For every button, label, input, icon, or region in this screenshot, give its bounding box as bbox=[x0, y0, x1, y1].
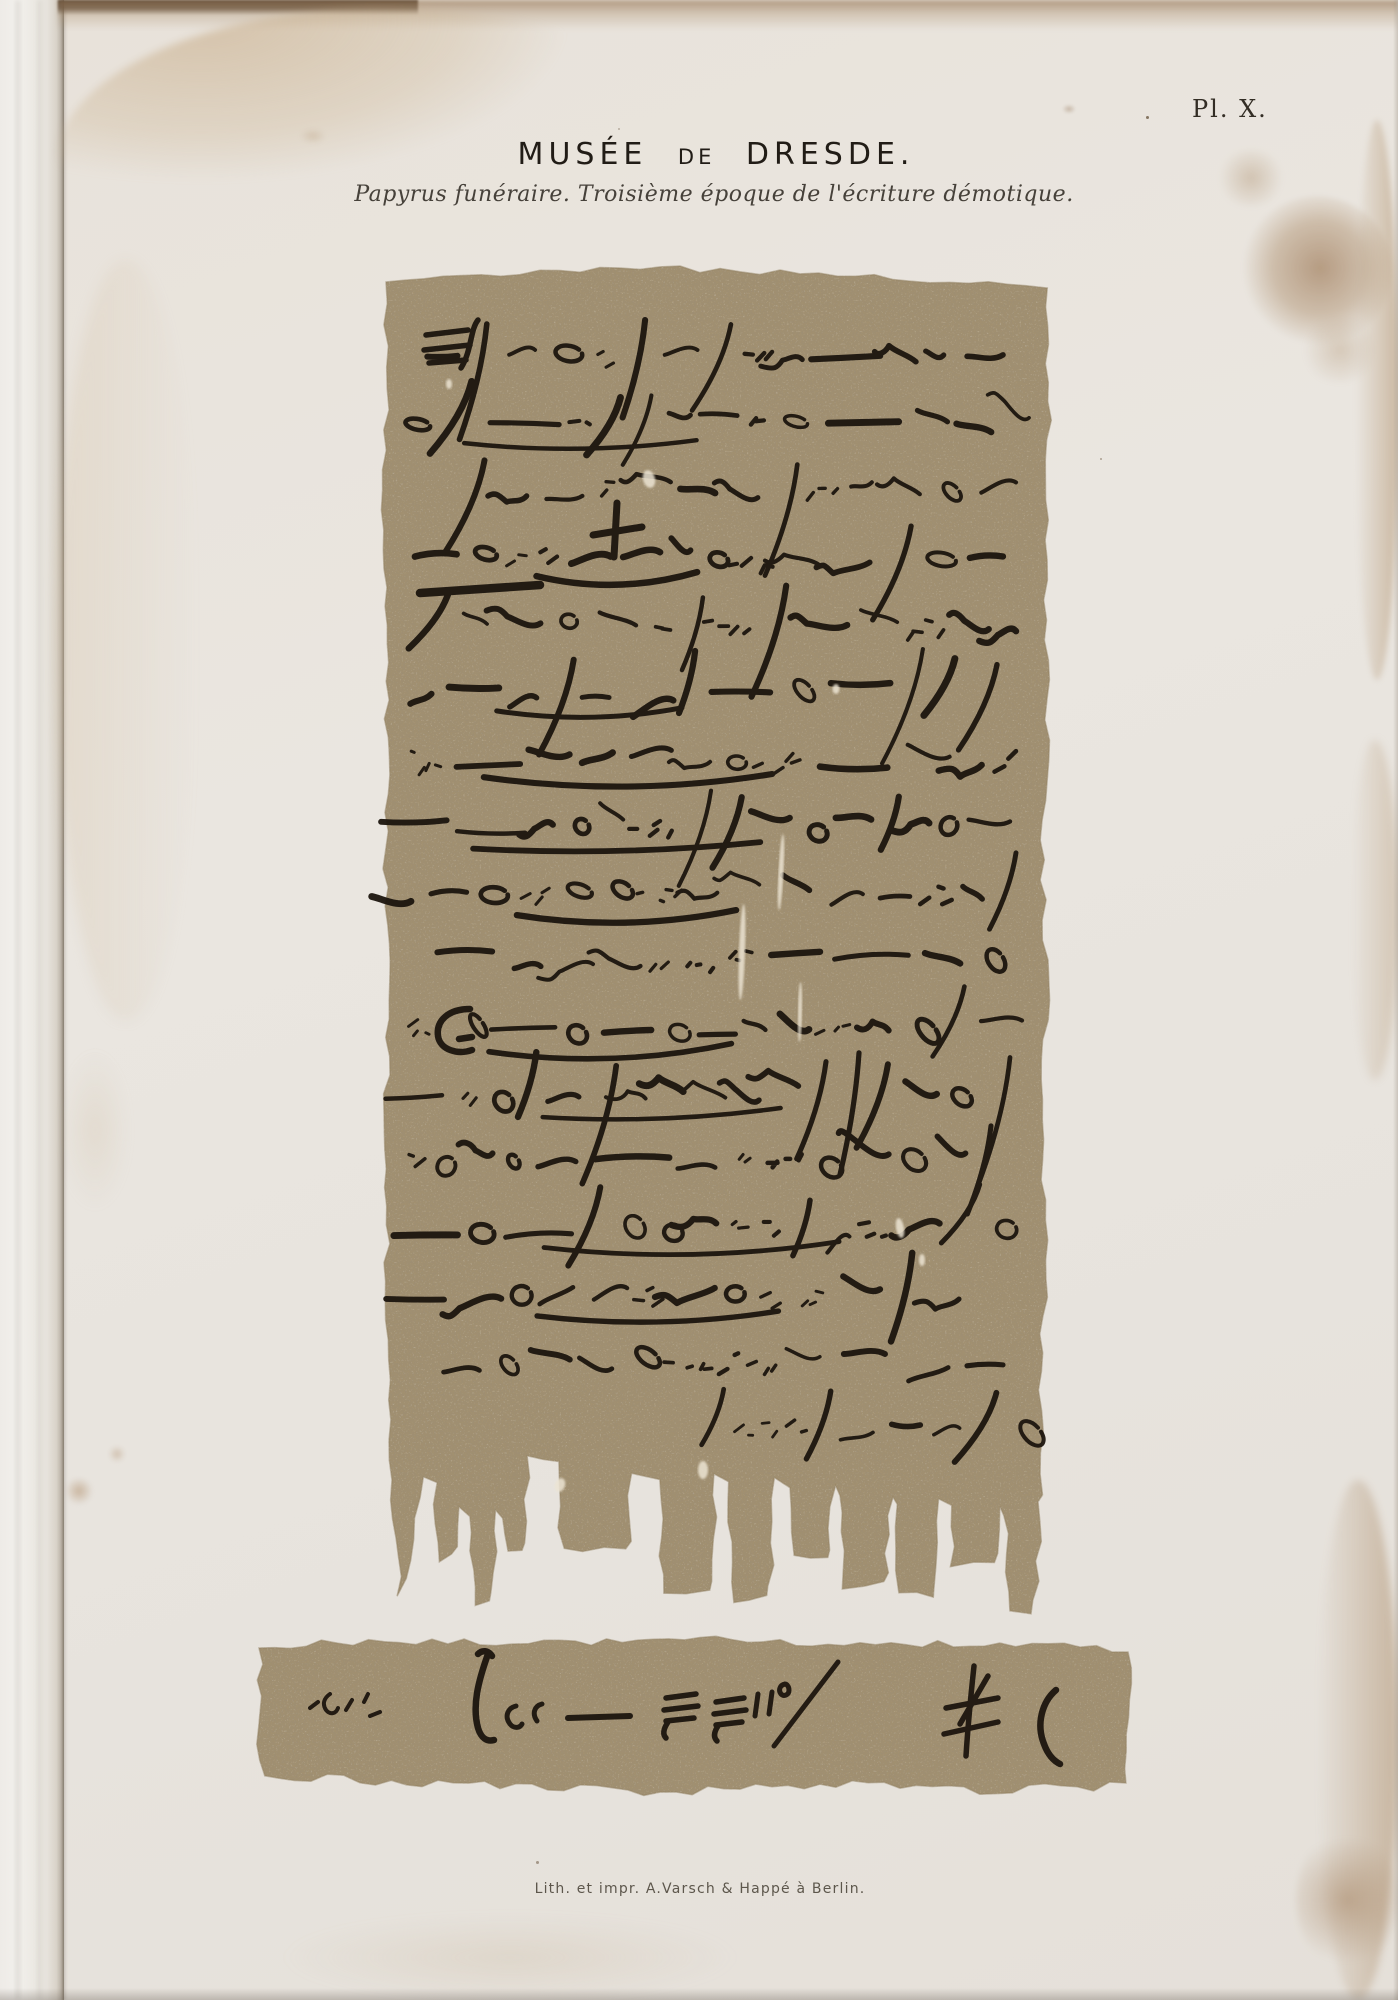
bottom-edge-shadow bbox=[0, 1988, 1398, 2000]
title-word-de: DE bbox=[678, 145, 715, 169]
right-edge-shadow bbox=[1393, 0, 1398, 2000]
book-page: Pl. X. MUSÉE DE DRESDE. Papyrus funérair… bbox=[0, 0, 1398, 2000]
printer-imprint: Lith. et impr. A.Varsch & Happé à Berlin… bbox=[535, 1881, 866, 1897]
plate-subtitle: Papyrus funéraire. Troisième époque de l… bbox=[354, 182, 1073, 207]
plate-number-label: Pl. X. bbox=[1192, 95, 1268, 123]
papyrus-artwork bbox=[0, 0, 1398, 2000]
papyrus-sheets bbox=[257, 266, 1132, 1796]
title-word-musee: MUSÉE bbox=[518, 137, 648, 172]
plate-title: MUSÉE DE DRESDE. bbox=[518, 137, 915, 172]
title-word-dresde: DRESDE. bbox=[746, 137, 915, 172]
